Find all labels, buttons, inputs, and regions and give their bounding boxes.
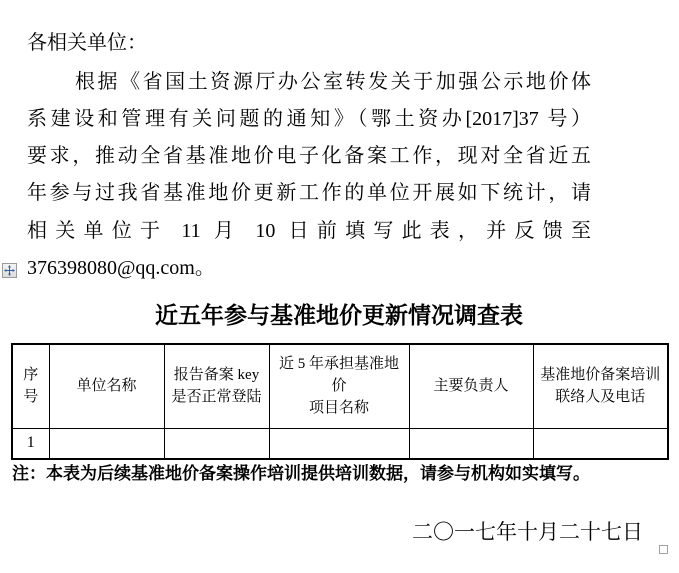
table-header-row: 序 号 单位名称 报告备案 key 是否正常登陆 近 5 年承担基准地价 项目名…: [12, 344, 668, 428]
date-text: 二〇一七年十月二十七日: [0, 516, 643, 546]
email-line: 376398080@qq.com。: [27, 255, 591, 281]
note-text: 注：本表为后续基准地价备案操作培训提供培训数据，请参与机构如实填写。: [12, 459, 590, 484]
cell-index: 1: [12, 428, 49, 459]
salutation-text: 各相关单位：: [27, 30, 591, 56]
body-line-4: 年参与过我省基准地价更新工作的单位开展如下统计，请: [27, 180, 591, 206]
cell-unit-name[interactable]: [49, 428, 164, 459]
move-cross-icon: [4, 265, 15, 276]
col-header-key-login: 报告备案 key 是否正常登陆: [164, 344, 269, 428]
document-page: 各相关单位： 根据《省国土资源厅办公室转发关于加强公示地价体 系建设和管理有关问…: [0, 0, 679, 573]
cell-key-login[interactable]: [164, 428, 269, 459]
cell-principal[interactable]: [409, 428, 533, 459]
col-header-contact: 基准地价备案培训 联络人及电话: [533, 344, 668, 428]
table-row: 1: [12, 428, 668, 459]
body-line-1: 根据《省国土资源厅办公室转发关于加强公示地价体: [75, 69, 591, 95]
col-header-unit-name: 单位名称: [49, 344, 164, 428]
cell-contact[interactable]: [533, 428, 668, 459]
col-header-index: 序 号: [12, 344, 49, 428]
body-line-3: 要求，推动全省基准地价电子化备案工作，现对全省近五: [27, 143, 591, 169]
col-header-principal: 主要负责人: [409, 344, 533, 428]
col-header-projects: 近 5 年承担基准地价 项目名称: [269, 344, 409, 428]
body-line-2: 系建设和管理有关问题的通知》（鄂土资办[2017]37 号）: [27, 106, 591, 132]
table-resize-handle[interactable]: [659, 545, 668, 554]
table-move-handle-icon[interactable]: [2, 263, 17, 278]
survey-table: 序 号 单位名称 报告备案 key 是否正常登陆 近 5 年承担基准地价 项目名…: [11, 343, 669, 460]
cell-projects[interactable]: [269, 428, 409, 459]
body-line-5: 相关单位于 11 月 10 日前填写此表，并反馈至: [27, 218, 591, 244]
table-title: 近五年参与基准地价更新情况调查表: [11, 297, 667, 330]
